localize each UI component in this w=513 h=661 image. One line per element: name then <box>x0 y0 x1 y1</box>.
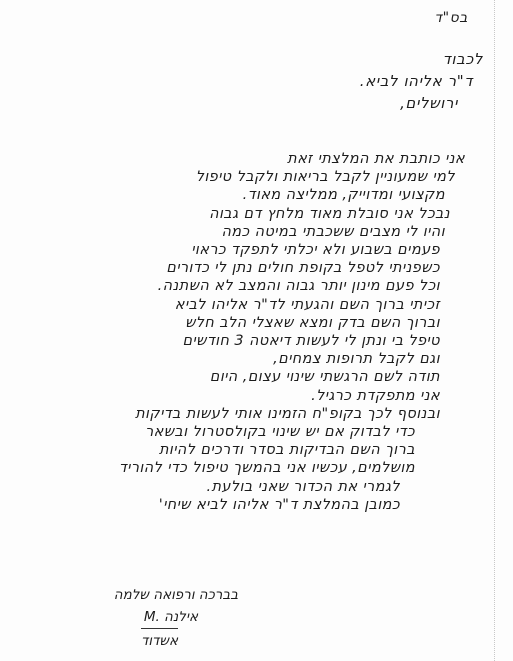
body-line: טיפל בי ונתן לי לעשות דיאטה 3 חודשים <box>15 332 440 350</box>
body-line: וכל פעם מינון יותר גבוה והמצב לא השתנה. <box>15 277 440 295</box>
signature: אילנה .M <box>114 606 198 628</box>
body-line: מקצועי ומדוייק, ממליצה מאוד. <box>15 186 445 204</box>
body-line: והיו לי מצבים ששכבתי במיטה כמה <box>15 223 445 241</box>
body-line: כשפניתי לטפל בקופת חולים נתן לי כדורים <box>15 259 440 277</box>
body-line: וברוך השם בדק ומצא שאצלי הלב חלש <box>15 314 440 332</box>
body-line: תודה לשם הרגשתי שינוי עצום, היום <box>15 368 440 386</box>
header-bsd: בס"ד <box>434 10 468 26</box>
body-line: פעמים בשבוע ולא יכלתי לתפקד כראוי <box>15 241 440 259</box>
body-line: כדי לבדוק אם יש שינוי בקולסטרול ובשאר <box>15 423 415 441</box>
addressee-line-2: ד"ר אליהו לביא. <box>360 72 473 90</box>
body-line: וגם לקבל תרופות צמחים, <box>15 350 440 368</box>
body-line: אני מתפקדת כרגיל. <box>15 387 440 405</box>
body-line: זכיתי ברוך השם והגעתי לד"ר אליהו לביא <box>15 296 440 314</box>
scan-fold-line <box>494 0 495 661</box>
body-line: מושלמים, עכשיו אני בהמשך טיפול כדי להורי… <box>15 459 415 477</box>
body-line: ברוך השם הבדיקות בסדר ודרכים להיות <box>15 441 415 459</box>
letter-body: אני כותבת את המלצתי זאת למי שמעוניין לקב… <box>15 150 475 514</box>
body-line: כמובן בהמלצת ד"ר אליהו לביא שיחי' <box>15 496 400 514</box>
body-line: נבכל אני סובלת מאוד מלחץ דם גבוה <box>15 205 450 223</box>
body-line: אני כותבת את המלצתי זאת <box>15 150 465 168</box>
body-line: ובנוסף לכך בקופ"ח הזמינו אותי לעשות בדיק… <box>15 405 440 423</box>
signature-city: אשדוד <box>141 628 178 652</box>
closing-greeting: בברכה ורפואה שלמה <box>114 584 238 606</box>
body-line: למי שמעוניין לקבל בריאות ולקבל טיפול <box>15 168 455 186</box>
addressee-line-3: ירושלים, <box>400 94 458 112</box>
addressee-line-1: לכבוד <box>443 50 483 68</box>
letter-page: בס"ד לכבוד ד"ר אליהו לביא. ירושלים, אני … <box>0 0 513 661</box>
closing-block: בברכה ורפואה שלמה אילנה .M אשדוד <box>114 584 238 652</box>
body-line: לגמרי את הכדור שאני בולעת. <box>15 478 400 496</box>
